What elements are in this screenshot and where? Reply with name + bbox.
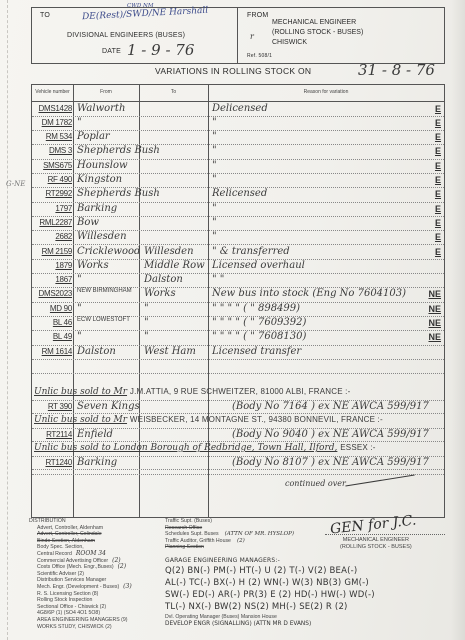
from-line-1: MECHANICAL ENGINEER	[272, 19, 356, 26]
reason-for-variation: "	[212, 159, 217, 173]
variation-code: E	[435, 245, 441, 259]
table-row: 2682Willesden"E	[32, 230, 444, 245]
variation-code: E	[435, 173, 441, 187]
vehicle-number: 1879	[34, 259, 72, 273]
distribution-item: Sectional Office - Chiswick (2)	[29, 604, 132, 611]
garage-heading: GARAGE ENGINEERING MANAGERS:-	[165, 557, 375, 565]
from-mark: r	[250, 32, 254, 41]
from-location: Bow	[77, 216, 99, 230]
from-location: Shepherds Bush	[77, 144, 160, 158]
reason-for-variation: "	[212, 116, 217, 130]
footer-distribution: Dvl. Operating Manager (Buses) Mansion H…	[165, 614, 311, 627]
sale-entry-line-1: Unlic bus sold to Mr J.M.ATTIA, 9 RUE SC…	[32, 387, 444, 401]
from-location: "	[77, 330, 82, 344]
vehicle-number: RM 534	[34, 130, 72, 144]
from-label: FROM	[247, 12, 268, 19]
from-location: Shepherds Bush	[77, 187, 160, 201]
traffic-item-text: Schedules Supt. Buses	[165, 531, 219, 537]
variation-code: E	[435, 187, 441, 201]
vehicle-number: 1867	[34, 273, 72, 287]
traffic-item-text: Traffic Auditor, Griffith House	[165, 538, 231, 544]
reason-for-variation: " " " " ( " 7609392)	[212, 316, 306, 330]
to-location: "	[144, 316, 149, 330]
sale-buyer-handwritten: Unlic bus sold to Mr	[34, 415, 127, 425]
table-row: 1879WorksMiddle RowLicensed overhaul	[32, 259, 444, 274]
traffic-item: Schedules Supt. Buses(ATTN OF MR. HYSLOP…	[165, 531, 294, 538]
reason-for-variation: " & transferred	[212, 245, 290, 259]
from-location: Poplar	[77, 130, 110, 144]
garage-line: SW(-) ED(-) AR(-) PR(3) E (2) HD(-) HW(-…	[165, 589, 375, 601]
sale-description: Unlic bus sold to Mr J.M.ATTIA, 9 RUE SC…	[34, 387, 350, 397]
distribution-item-text: Advert, Controller, Colindale	[37, 531, 102, 537]
column-header-from: From	[73, 85, 139, 101]
vehicle-number: DM 1782	[34, 116, 72, 130]
distribution-item-note: ROOM 34	[76, 550, 106, 557]
traffic-item: Traffic Auditor, Griffith House(2)	[165, 538, 294, 545]
to-location: Willesden	[144, 245, 194, 259]
variation-code: NE	[428, 302, 441, 316]
distribution-item-text: Bindo Section, Aldenham	[37, 538, 95, 544]
table-header: Vehicle number From To Reason for variat…	[32, 85, 444, 102]
to-location: "	[144, 330, 149, 344]
vehicle-number: MD 90	[34, 302, 72, 316]
vehicle-number: RML2287	[34, 216, 72, 230]
distribution-list: DISTRIBUTION Advert, Controller, Aldenha…	[29, 518, 132, 630]
header-divider	[237, 8, 238, 63]
sale-buyer-handwritten: Unlic bus sold to London Borough of Redb…	[34, 443, 337, 453]
column-header-to: To	[139, 85, 208, 101]
distribution-item: Distribution Services Manager	[29, 577, 132, 584]
distribution-item: WORKS STUDY, CHISWICK (2)	[29, 624, 132, 631]
vehicle-number: RM 2159	[34, 245, 72, 259]
traffic-item-text: Traffic Supt. (Buses)	[165, 518, 212, 524]
table-row: 1867"Dalston" "	[32, 273, 444, 288]
to-location: Middle Row	[144, 259, 205, 273]
distribution-item: Advert, Controller, Aldenham	[29, 525, 132, 532]
sale-entry-line-2: RT 390Seven Kings(Body No 7164 ) ex NE A…	[32, 400, 444, 414]
table-row: RM 534Poplar"E	[32, 130, 444, 145]
table-row: RF 490Kingston"E	[32, 173, 444, 188]
garage-line: AL(-) TC(-) BX(-) H (2) WN(-) W(3) NB(3)…	[165, 577, 375, 589]
to-department: DIVISIONAL ENGINEERS (BUSES)	[67, 32, 185, 39]
sale-description: Unlic bus sold to London Borough of Redb…	[34, 443, 376, 453]
distribution-item-text: Mech. Engr. (Development - Buses)	[37, 584, 119, 590]
scan-fold-line	[7, 0, 9, 640]
sale-buyer-address: WEISBECKER, 14 MONTAGNE ST., 94380 BONNE…	[130, 415, 383, 424]
garage-engineering-managers: GARAGE ENGINEERING MANAGERS:- Q(2) BN(-)…	[165, 557, 375, 613]
vehicle-number: SMS675	[34, 159, 72, 173]
variation-code: NE	[428, 330, 441, 344]
reason-for-variation: "	[212, 130, 217, 144]
reason-for-variation: "	[212, 216, 217, 230]
footer-line-2: DEVELOP ENGR (SIGNALLING) (ATTN MR D EVA…	[165, 621, 311, 628]
distribution-item-text: AREA ENGINEERING MANAGERS (9)	[37, 617, 128, 623]
distribution-item: 4G8/6P (1) (SO4 4O1 5O8)	[29, 610, 132, 617]
variation-code: E	[435, 230, 441, 244]
sale-entry-line-1: Unlic bus sold to London Borough of Redb…	[32, 443, 444, 457]
reason-for-variation: "	[212, 144, 217, 158]
from-location: Works	[77, 259, 109, 273]
to-label: TO	[40, 12, 50, 19]
sale-buyer-handwritten: Unlic bus sold to Mr	[34, 387, 127, 397]
variation-code: NE	[428, 316, 441, 330]
distribution-item-text: Advert, Controller, Aldenham	[37, 525, 103, 531]
from-location: Enfield	[77, 428, 113, 441]
distribution-item-text: Costs Office (Mech. Engr.,Buses)	[37, 564, 114, 570]
distribution-item-text: 4G8/6P (1) (SO4 4O1 5O8)	[37, 610, 100, 616]
table-row: RM 1614DalstonWest HamLicensed transfer	[32, 345, 444, 360]
title-date: 31 - 8 - 76	[358, 61, 435, 79]
from-location: Willesden	[77, 230, 127, 244]
vehicle-number: RT2992	[34, 187, 72, 201]
variation-code: E	[435, 130, 441, 144]
vehicle-number: RF 490	[34, 173, 72, 187]
to-location: Works	[144, 287, 176, 301]
sale-description: Unlic bus sold to Mr WEISBECKER, 14 MONT…	[34, 415, 383, 425]
distribution-item-text: Central Record	[37, 551, 72, 557]
reason-for-variation: Licensed overhaul	[212, 259, 305, 273]
distribution-item: Scientific Adviser (2)	[29, 571, 132, 578]
signatory-title-line-1: MECHANICAL ENGINEER	[340, 537, 412, 544]
from-location: Walworth	[77, 102, 125, 116]
distribution-item: R. S. Licensing Section (8)	[29, 591, 132, 598]
signatory-title: MECHANICAL ENGINEER (ROLLING STOCK - BUS…	[340, 537, 412, 551]
reference-number: Ref. 508/1	[247, 53, 272, 59]
reason-for-variation: " "	[212, 273, 224, 287]
date-label: DATE	[102, 48, 121, 55]
traffic-item-text: Research Office	[165, 525, 202, 531]
vehicle-number: BL 49	[34, 330, 72, 344]
sale-entry-line-2: RT2114Enfield(Body No 9040 ) ex NE AWCA …	[32, 428, 444, 442]
distribution-item-text: Rolling Stock Inspection	[37, 597, 92, 603]
reason-for-variation: "	[212, 173, 217, 187]
distribution-item: Mech. Engr. (Development - Buses)(3)	[29, 584, 132, 591]
table-row-blank	[32, 460, 444, 475]
variation-code: E	[435, 202, 441, 216]
table-row: 1797Barking"E	[32, 202, 444, 217]
reason-for-variation: Delicensed	[212, 102, 268, 116]
vehicle-number: 1797	[34, 202, 72, 216]
from-location: "	[77, 273, 82, 287]
distribution-item-text: Scientific Adviser (2)	[37, 571, 84, 577]
table-row: SMS675Hounslow"E	[32, 159, 444, 174]
from-line-2: (ROLLING STOCK - BUSES)	[272, 29, 363, 36]
continued-over-note: continued over	[285, 479, 346, 488]
table-row: BL 49""" " " " ( " 7608130)NE	[32, 330, 444, 345]
table-row-blank	[32, 359, 444, 374]
from-location: ECW LOWESTOFT	[77, 317, 139, 331]
sale-buyer-address: J.M.ATTIA, 9 RUE SCHWEITZER, 81000 ALBI,…	[130, 387, 351, 396]
table-row: DMS 3Shepherds Bush"E	[32, 144, 444, 159]
vehicle-number: RM 1614	[34, 345, 72, 359]
distribution-item-text: Commercial Advertising Officer	[37, 558, 108, 564]
date-value: 1 - 9 - 76	[127, 41, 194, 59]
margin-note: G-NE	[6, 180, 25, 188]
column-header-reason: Reason for variation	[208, 85, 444, 101]
variation-code: NE	[428, 287, 441, 301]
distribution-item-text: WORKS STUDY, CHISWICK (2)	[37, 624, 112, 630]
from-location: Cricklewood	[77, 245, 140, 259]
distribution-item: Costs Office (Mech. Engr.,Buses)(2)	[29, 564, 132, 571]
table-row: DMS2023NEW BIRMINGHAMWorksNew bus into s…	[32, 287, 444, 302]
from-location: Kingston	[77, 173, 122, 187]
traffic-item-note: (ATTN OF MR. HYSLOP)	[225, 531, 294, 537]
distribution-item: Advert, Controller, Colindale	[29, 531, 132, 538]
sale-entry-line-1: Unlic bus sold to Mr WEISBECKER, 14 MONT…	[32, 415, 444, 429]
to-location: West Ham	[144, 345, 196, 359]
reason-for-variation: " " " " ( " 898499)	[212, 302, 300, 316]
signature-line	[325, 534, 445, 536]
from-location: Dalston	[77, 345, 116, 359]
from-location: NEW BIRMINGHAM	[77, 288, 139, 302]
vehicle-number: 2682	[34, 230, 72, 244]
traffic-item: Traffic Supt. (Buses)	[165, 518, 294, 525]
distribution-item-text: R. S. Licensing Section (8)	[37, 591, 98, 597]
from-location: "	[77, 302, 82, 316]
sale-buyer-address: ESSEX :-	[340, 443, 375, 452]
variation-code: E	[435, 116, 441, 130]
to-recipients-handwritten: DE(Rest)/SWD/NE Harshall	[82, 6, 209, 23]
from-location: Hounslow	[77, 159, 128, 173]
distribution-item: AREA ENGINEERING MANAGERS (9)	[29, 617, 132, 624]
body-number: (Body No 7164 ) ex NE AWCA 599/917	[232, 400, 429, 413]
signatory-title-line-2: (ROLLING STOCK - BUSES)	[340, 544, 412, 551]
vehicle-number: RT 390	[34, 400, 72, 413]
variation-code: E	[435, 216, 441, 230]
vehicle-number: DMS2023	[34, 287, 72, 301]
from-location: Seven Kings	[77, 400, 140, 413]
header-box: TO CWD NM DE(Rest)/SWD/NE Harshall DIVIS…	[31, 7, 445, 64]
reason-for-variation: "	[212, 202, 217, 216]
variation-code: E	[435, 159, 441, 173]
reason-for-variation: Licensed transfer	[212, 345, 301, 359]
table-row: RML2287Bow"E	[32, 216, 444, 231]
distribution-item-note: (2)	[118, 563, 127, 570]
variation-code: E	[435, 144, 441, 158]
reason-for-variation: New bus into stock (Eng No 7604103)	[212, 287, 406, 301]
to-location: "	[144, 302, 149, 316]
traffic-distribution: Traffic Supt. (Buses)Research OfficeSche…	[165, 518, 294, 551]
traffic-item-text: Planning Section	[165, 544, 204, 550]
table-row: BL 46ECW LOWESTOFT"" " " " ( " 7609392)N…	[32, 316, 444, 331]
footer-line-1: Dvl. Operating Manager (Buses) Mansion H…	[165, 614, 311, 621]
vehicle-number: RT2114	[34, 428, 72, 441]
from-line-3: CHISWICK	[272, 39, 307, 46]
from-location: "	[77, 116, 82, 130]
to-location: Dalston	[144, 273, 183, 287]
garage-line: TL(-) NX(-) BW(2) NS(2) MH(-) SE(2) R (2…	[165, 601, 375, 613]
table-row: DMS1428WalworthDelicensedE	[32, 102, 444, 117]
distribution-heading: DISTRIBUTION	[29, 518, 132, 525]
vehicle-number: BL 46	[34, 316, 72, 330]
distribution-item-text: Sectional Office - Chiswick (2)	[37, 604, 106, 610]
table-row: RT2992Shepherds BushRelicensedE	[32, 187, 444, 202]
distribution-item-text: Distribution Services Manager	[37, 577, 106, 583]
distribution-item: Rolling Stock Inspection	[29, 597, 132, 604]
reason-for-variation: "	[212, 230, 217, 244]
from-location: Barking	[77, 202, 117, 216]
variation-code: E	[435, 102, 441, 116]
traffic-item-note: (2)	[237, 538, 245, 544]
reason-for-variation: Relicensed	[212, 187, 267, 201]
page-title: VARIATIONS IN ROLLING STOCK ON	[155, 66, 311, 76]
distribution-item: Bindo Section, Aldenham	[29, 538, 132, 545]
garage-line: Q(2) BN(-) PM(-) HT(-) U (2) T(-) V(2) B…	[165, 565, 375, 577]
body-number: (Body No 9040 ) ex NE AWCA 599/917	[232, 428, 429, 441]
paper-edge-shadow	[451, 0, 465, 640]
table-row: DM 1782""E	[32, 116, 444, 131]
variations-table: Vehicle number From To Reason for variat…	[31, 84, 445, 518]
table-row: RM 2159CricklewoodWillesden" & transferr…	[32, 245, 444, 260]
reason-for-variation: " " " " ( " 7608130)	[212, 330, 306, 344]
table-row: MD 90""" " " " ( " 898499)NE	[32, 302, 444, 317]
vehicle-number: DMS 3	[34, 144, 72, 158]
distribution-item-note: (3)	[123, 583, 132, 590]
document-page: TO CWD NM DE(Rest)/SWD/NE Harshall DIVIS…	[0, 0, 465, 640]
traffic-item: Planning Section	[165, 544, 294, 551]
column-header-vehicle: Vehicle number	[32, 85, 73, 101]
vehicle-number: DMS1428	[34, 102, 72, 116]
